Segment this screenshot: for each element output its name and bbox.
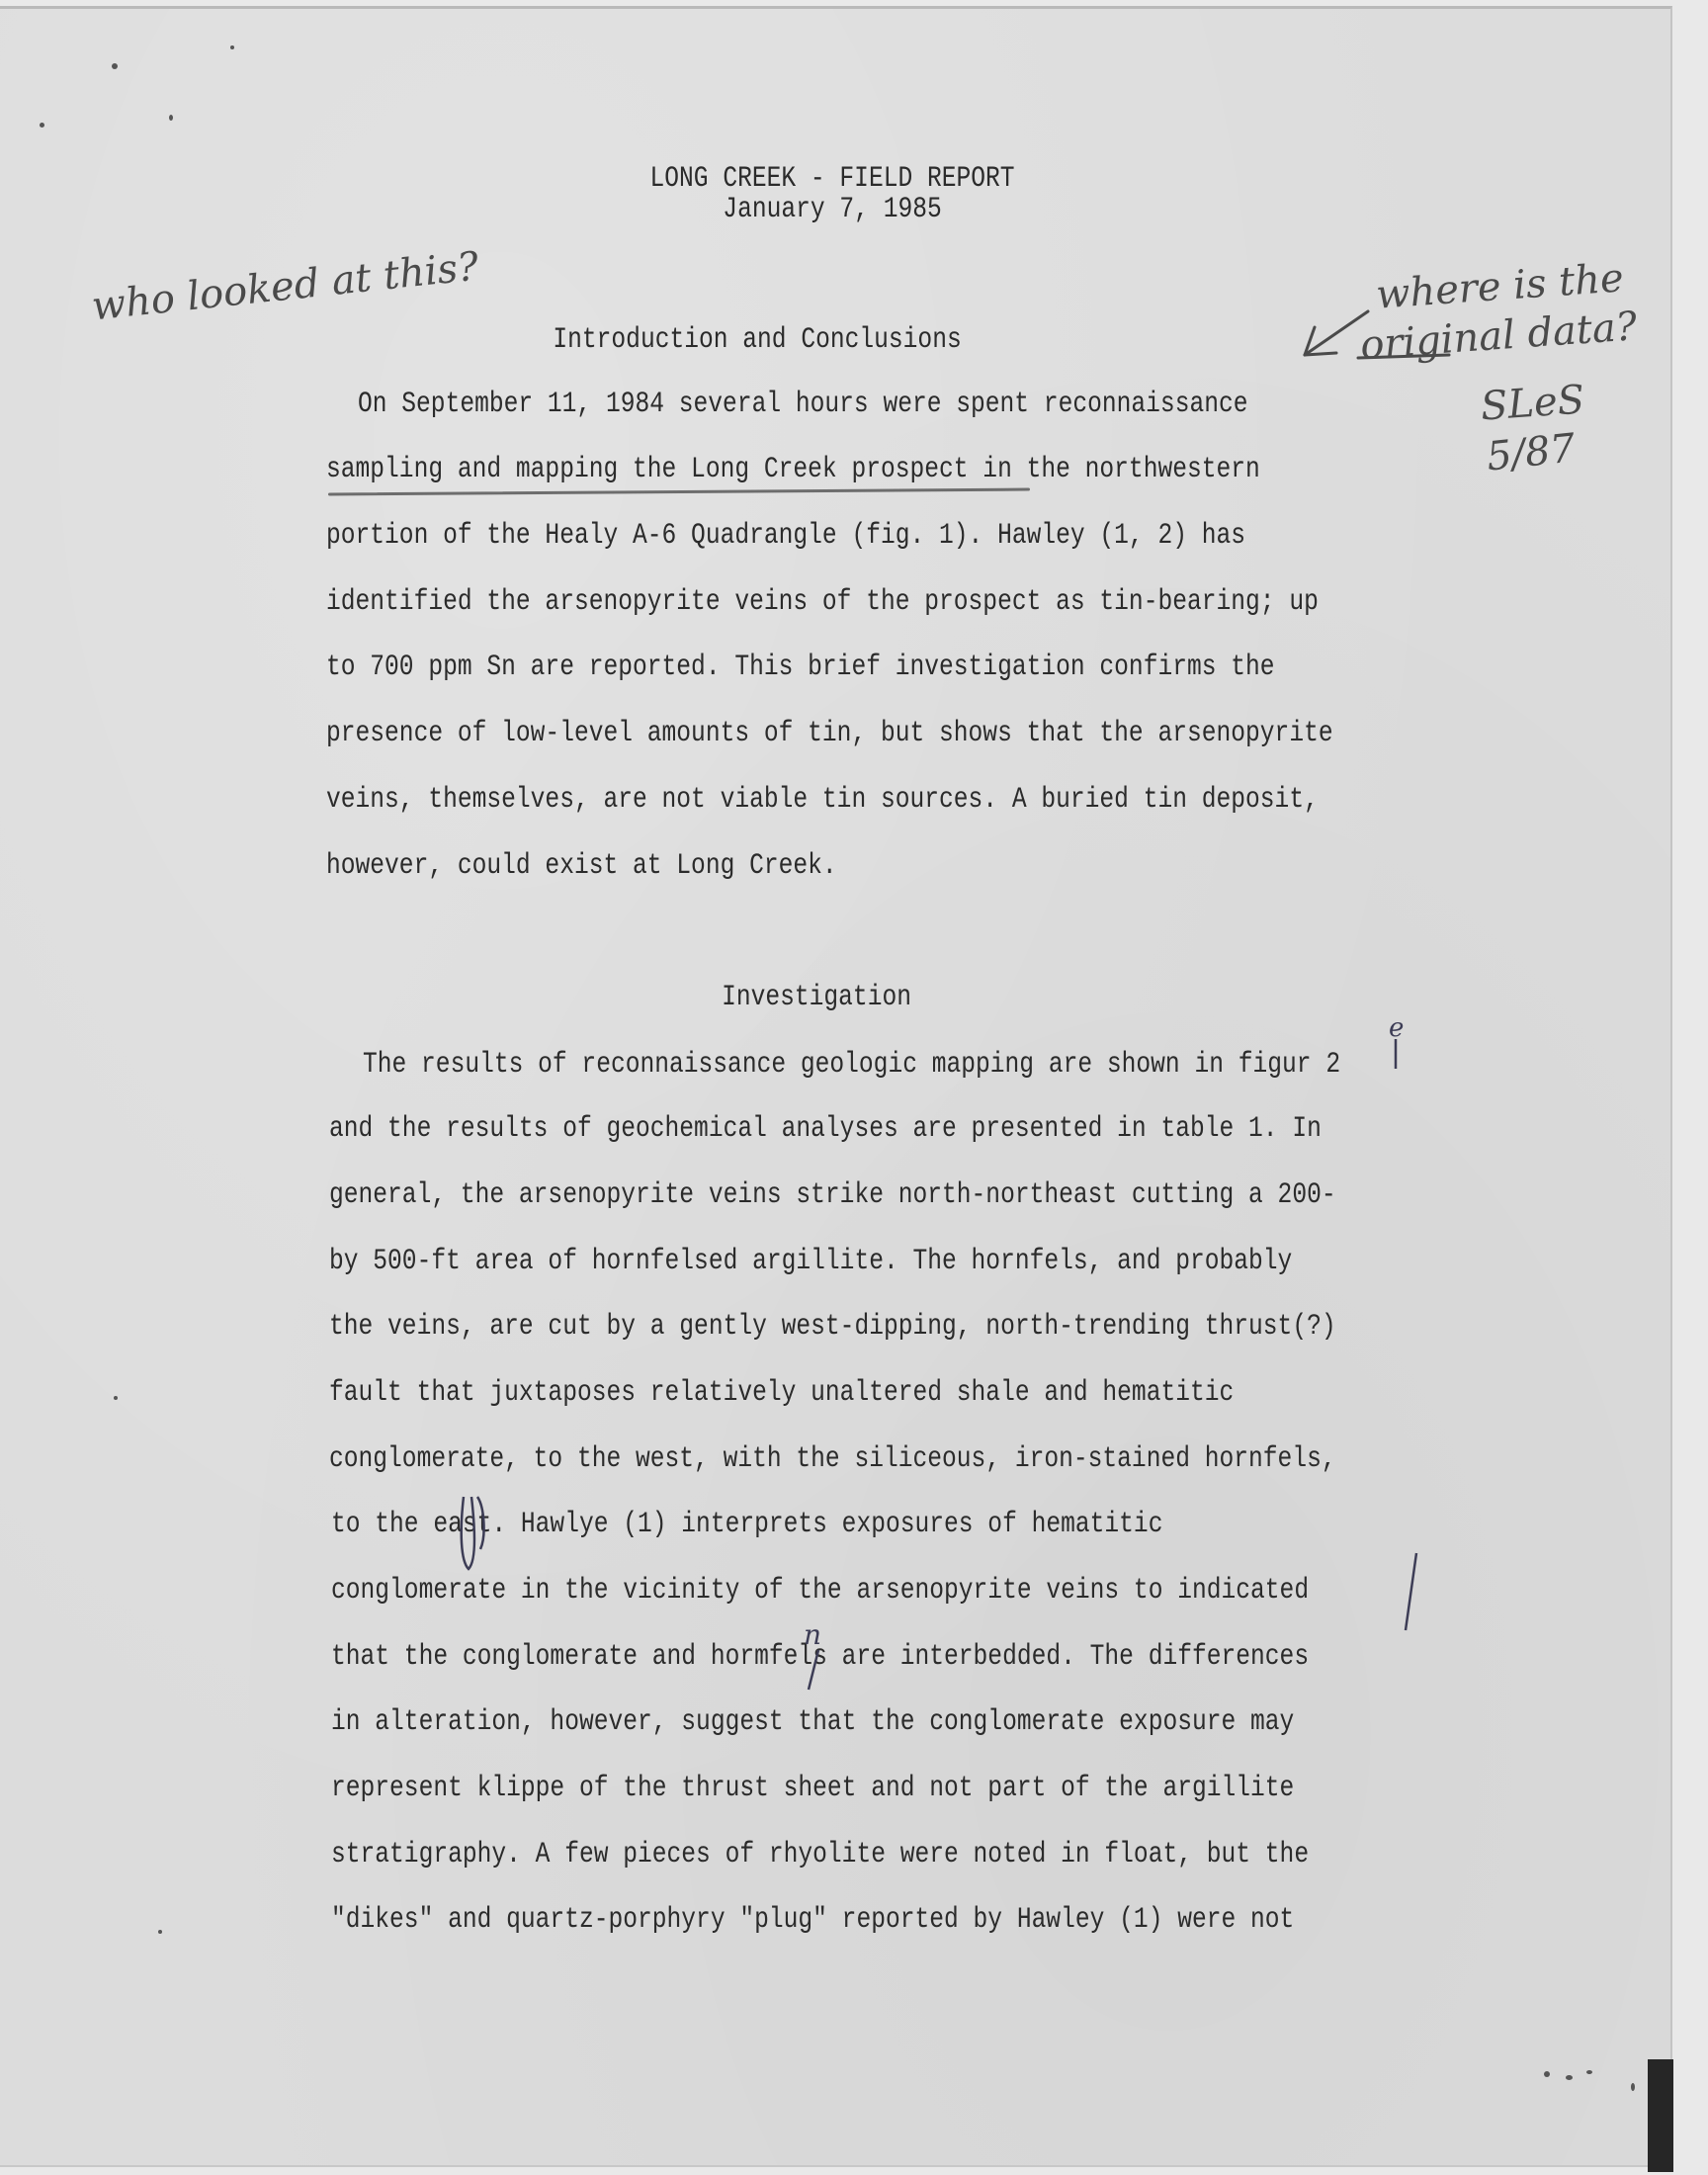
scan-speck [169, 115, 173, 121]
deletion-slash-icon [1406, 1553, 1416, 1630]
transpose-mark-icon [462, 1497, 484, 1569]
scan-speck [40, 123, 44, 128]
annotation-strokes [0, 9, 1672, 2170]
document-page: LONG CREEK - FIELD REPORT January 7, 198… [0, 6, 1672, 2167]
scan-speck [1566, 2075, 1573, 2080]
scan-registration-bar [1648, 2059, 1673, 2172]
scan-speck [158, 1930, 162, 1934]
scan-speck [1544, 2071, 1550, 2077]
arrow-icon [1305, 311, 1449, 358]
scan-speck [230, 45, 234, 49]
scan-speck [112, 63, 118, 69]
correction-slash-icon [809, 1650, 818, 1690]
scan-speck [1586, 2070, 1592, 2074]
scan-speck [1631, 2083, 1635, 2091]
scan-speck [114, 1396, 118, 1400]
